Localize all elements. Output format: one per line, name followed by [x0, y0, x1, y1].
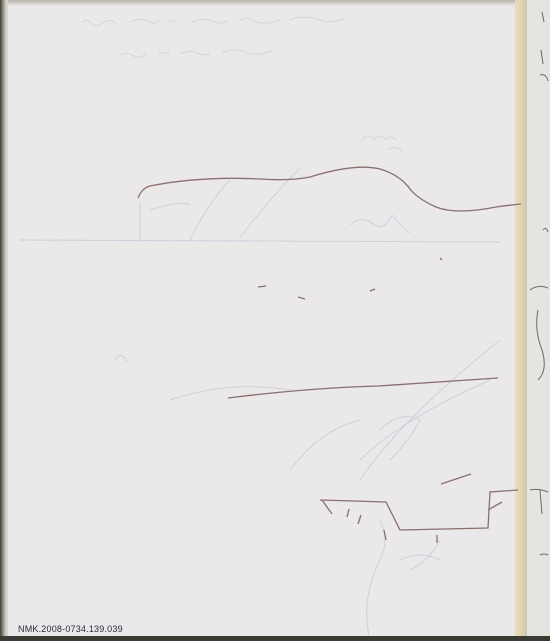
pencil-lines — [20, 168, 500, 640]
landscape-sketch — [0, 0, 550, 641]
ink-lines — [138, 167, 521, 543]
faint-handwriting — [82, 17, 402, 152]
adjacent-page-marks — [530, 12, 548, 555]
inventory-number-label: NMK.2008-0734.139.039 — [18, 624, 123, 634]
scan-bottom-edge — [0, 636, 550, 641]
